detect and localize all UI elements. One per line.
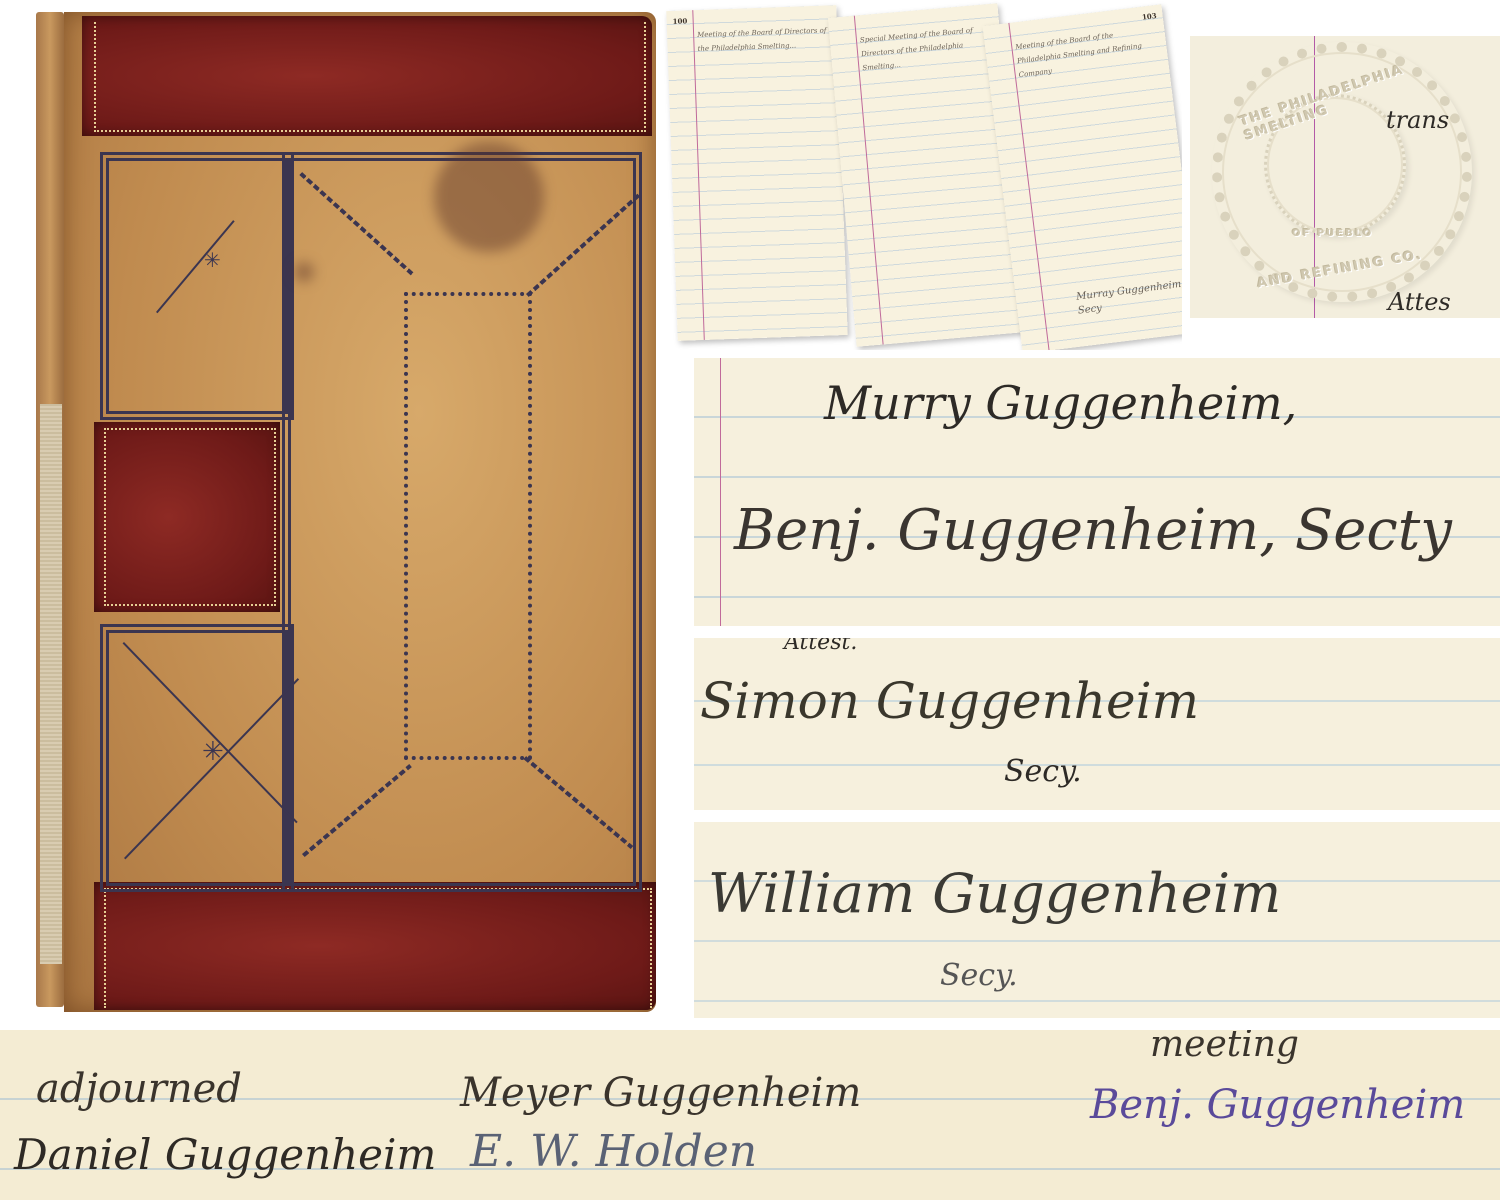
signature-strip-simon: Attest. Simon Guggenheim Secy. — [694, 638, 1500, 810]
page-heading: Special Meeting of the Board of Director… — [834, 8, 996, 78]
secy-title: Secy. — [940, 958, 1018, 993]
upper-left-frame — [100, 152, 294, 420]
handwriting-fragment: meeting — [1150, 1030, 1299, 1065]
attest-label: Attest. — [784, 638, 857, 655]
page-margin-line — [692, 10, 705, 340]
page-heading: Meeting of the Board of Directors of the… — [673, 23, 832, 56]
embossed-seal-photo: THE PHILADELPHIA SMELTING OF PUEBLO AND … — [1190, 36, 1500, 318]
signature-william-guggenheim: William Guggenheim — [708, 862, 1281, 925]
minute-pages-photo: 100 Meeting of the Board of Directors of… — [662, 0, 1182, 350]
signature-benj-guggenheim: Benj. Guggenheim, Secty — [734, 498, 1452, 563]
handwriting-adjourned: adjourned — [36, 1066, 242, 1112]
minute-page: 100 Meeting of the Board of Directors of… — [666, 5, 847, 341]
handwriting-fragment: trans — [1386, 106, 1449, 134]
ledger-book-cover: ✳ ✳ — [28, 4, 662, 1016]
gilt-border-bottom — [104, 888, 652, 1008]
signature-simon-guggenheim: Simon Guggenheim — [700, 672, 1199, 730]
page-signature: Murray Guggenheim, Secy — [1076, 276, 1182, 318]
water-stain — [434, 142, 544, 252]
signature-daniel-guggenheim: Daniel Guggenheim — [14, 1130, 436, 1179]
signature-strip-murry-benj: Murry Guggenheim, Benj. Guggenheim, Sect… — [694, 358, 1500, 626]
gilt-border-middle — [104, 428, 276, 606]
inner-panel-frame — [404, 292, 532, 760]
star-ornament-icon: ✳ — [202, 737, 224, 767]
signature-murry-guggenheim: Murry Guggenheim, — [824, 376, 1297, 430]
gilt-border-top — [94, 22, 646, 132]
signature-meyer-guggenheim: Meyer Guggenheim — [460, 1070, 861, 1116]
ink-spot — [294, 262, 314, 282]
signature-benj-guggenheim-violet: Benj. Guggenheim — [1090, 1082, 1465, 1128]
signature-e-w-holden: E. W. Holden — [470, 1126, 757, 1177]
cover-board: ✳ ✳ — [64, 12, 656, 1012]
signature-strip-william: William Guggenheim Secy. — [694, 822, 1500, 1018]
handwriting-fragment: Attes — [1388, 288, 1451, 316]
seal-text-middle: OF PUEBLO — [1292, 228, 1373, 239]
spine-cloth-tape — [40, 404, 62, 964]
page-margin-line — [720, 358, 721, 626]
secy-title: Secy. — [1004, 754, 1082, 789]
star-ornament-icon: ✳ — [204, 248, 221, 272]
signature-strip-bottom: meeting adjourned Meyer Guggenheim Benj.… — [0, 1030, 1500, 1200]
